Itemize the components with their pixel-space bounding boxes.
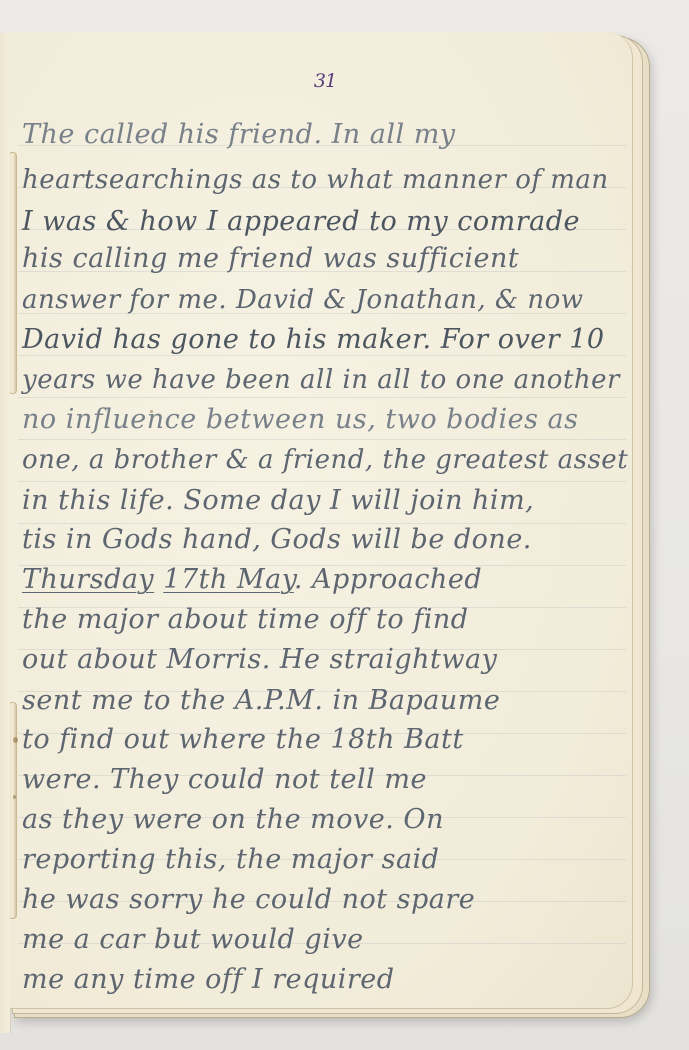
handwritten-line: me a car but would give	[22, 925, 364, 955]
ruled-line	[18, 397, 626, 398]
handwritten-line: tis in Gods hand, Gods will be done.	[22, 525, 532, 555]
handwritten-line: were. They could not tell me	[22, 765, 427, 795]
ruled-line	[18, 355, 626, 356]
handwritten-line: as they were on the move. On	[22, 805, 444, 835]
handwritten-line: the major about time off to find	[22, 605, 469, 635]
date-line-text: . Approached	[294, 564, 482, 595]
handwritten-line: years we have been all in all to one ano…	[22, 365, 620, 395]
ruled-line	[18, 439, 626, 440]
page-number: 31	[310, 70, 340, 92]
ruled-line	[18, 481, 626, 482]
notebook-page: 31 The called his friend. In all my hear…	[10, 32, 633, 1009]
binding-thread-top	[10, 152, 17, 394]
handwritten-line: in this life. Some day I will join him,	[22, 486, 534, 516]
handwritten-line: no influence between us, two bodies as	[22, 405, 579, 435]
handwritten-line: reporting this, the major said	[22, 845, 439, 875]
ink-stain	[13, 737, 18, 743]
date-day-month: 17th May	[163, 564, 294, 595]
handwritten-line: he was sorry he could not spare	[22, 885, 475, 915]
handwritten-line: The called his friend. In all my	[22, 120, 456, 150]
handwritten-line: to find out where the 18th Batt	[22, 725, 464, 755]
handwritten-line: David has gone to his maker. For over 10	[22, 325, 605, 355]
handwritten-line: I was & how I appeared to my comrade	[22, 207, 580, 237]
handwritten-line: me any time off I required	[22, 965, 395, 995]
handwritten-line: answer for me. David & Jonathan, & now	[22, 285, 583, 315]
handwritten-line: one, a brother & a friend, the greatest …	[22, 445, 628, 475]
diary-date-line: Thursday 17th May. Approached	[22, 565, 482, 595]
handwritten-line: out about Morris. He straightway	[22, 645, 497, 675]
ink-stain	[13, 795, 16, 799]
handwritten-line: his calling me friend was sufficient	[22, 244, 519, 274]
binding-thread-bottom	[10, 702, 17, 919]
handwritten-line: heartsearchings as to what manner of man	[22, 165, 609, 195]
handwritten-line: sent me to the A.P.M. in Bapaume	[22, 686, 500, 716]
date-weekday: Thursday	[22, 564, 154, 595]
